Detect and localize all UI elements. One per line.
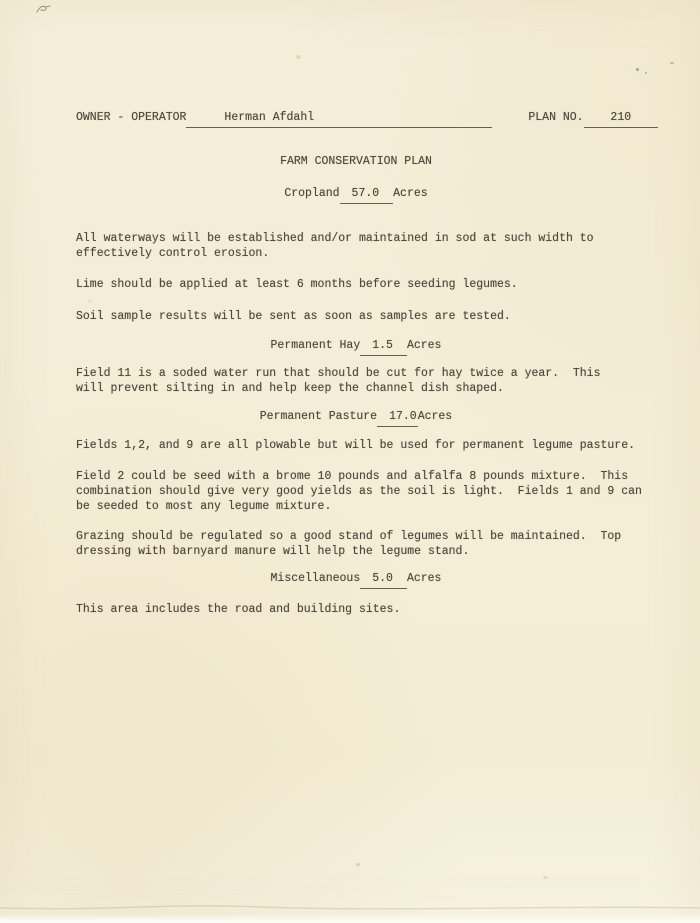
permanent-pasture-acres-field: 17.0 bbox=[377, 409, 418, 427]
paper-speck bbox=[670, 62, 674, 64]
permanent-hay-label: Permanent Hay bbox=[271, 339, 361, 352]
miscellaneous-label: Miscellaneous bbox=[271, 572, 361, 585]
pencil-mark bbox=[34, 2, 56, 18]
permanent-pasture-unit: Acres bbox=[418, 410, 453, 423]
cropland-unit: Acres bbox=[393, 187, 428, 200]
form-header-row: OWNER - OPERATOR Herman Afdahl PLAN NO. … bbox=[76, 110, 658, 128]
permanent-pasture-label: Permanent Pasture bbox=[260, 410, 377, 423]
paragraph-waterways: All waterways will be established and/or… bbox=[76, 231, 658, 261]
paragraph-lime: Lime should be applied at least 6 months… bbox=[76, 277, 658, 292]
paper-crease bbox=[0, 899, 700, 915]
section-heading-miscellaneous: Miscellaneous5.0Acres bbox=[76, 571, 636, 589]
owner-operator-label: OWNER - OPERATOR bbox=[76, 110, 186, 125]
document-page: OWNER - OPERATOR Herman Afdahl PLAN NO. … bbox=[0, 0, 700, 923]
paper-stain bbox=[296, 55, 301, 59]
permanent-hay-unit: Acres bbox=[407, 339, 442, 352]
paper-speck bbox=[636, 68, 639, 71]
paragraph-field-11: Field 11 is a soded water run that shoul… bbox=[76, 366, 658, 396]
miscellaneous-acres-field: 5.0 bbox=[360, 571, 407, 589]
paragraph-fields-129: Fields 1,2, and 9 are all plowable but w… bbox=[76, 438, 658, 453]
page-bottom-edge bbox=[0, 914, 700, 923]
paper-speck bbox=[645, 72, 647, 74]
cropland-acres-field: 57.0 bbox=[340, 186, 394, 204]
paragraph-road-buildings: This area includes the road and building… bbox=[76, 602, 658, 617]
paragraph-field-2: Field 2 could be seed with a brome 10 po… bbox=[76, 469, 658, 514]
paragraph-soil-samples: Soil sample results will be sent as soon… bbox=[76, 309, 658, 324]
paper-stain bbox=[356, 863, 360, 866]
plan-no-label: PLAN NO. bbox=[528, 110, 583, 125]
permanent-hay-acres-field: 1.5 bbox=[360, 338, 407, 356]
section-heading-permanent-hay: Permanent Hay1.5Acres bbox=[76, 338, 636, 356]
owner-operator-field: Herman Afdahl bbox=[186, 110, 492, 128]
paper-stain bbox=[543, 876, 548, 879]
page-title: FARM CONSERVATION PLAN bbox=[76, 154, 636, 169]
section-heading-permanent-pasture: Permanent Pasture17.0Acres bbox=[76, 409, 636, 427]
miscellaneous-unit: Acres bbox=[407, 572, 442, 585]
paragraph-grazing: Grazing should be regulated so a good st… bbox=[76, 529, 658, 559]
cropland-label: Cropland bbox=[284, 187, 339, 200]
plan-no-field: 210 bbox=[584, 110, 658, 128]
section-heading-cropland: Cropland57.0Acres bbox=[76, 186, 636, 204]
